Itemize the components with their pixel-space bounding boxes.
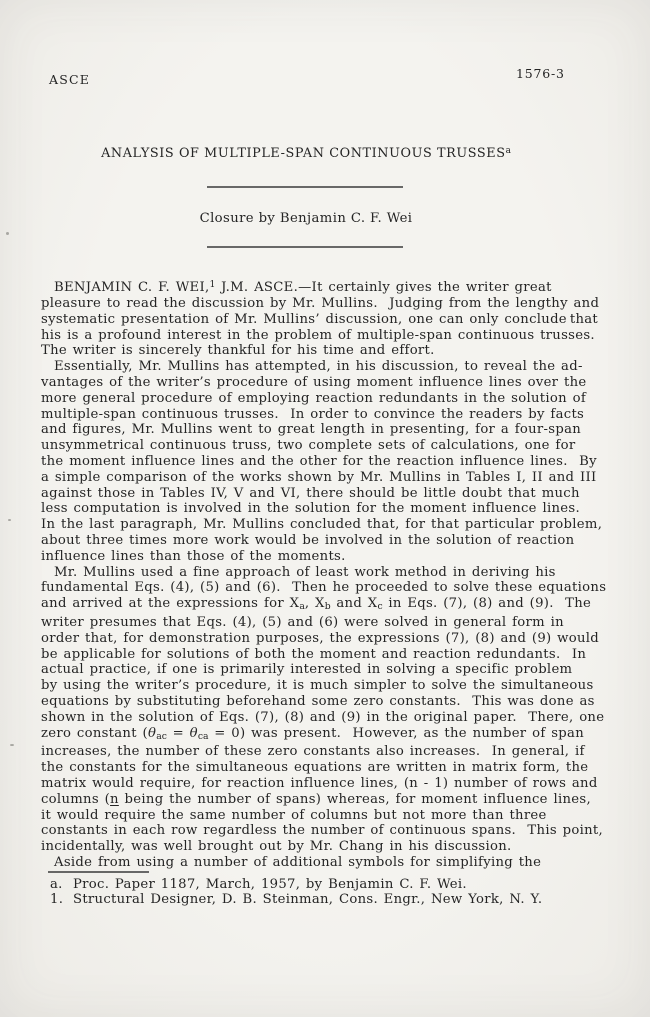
footnote-rule [48, 871, 149, 873]
header-paper-number: 1576-3 [516, 66, 565, 81]
body-line: more general procedure of employing reac… [41, 391, 582, 407]
body-line: be applicable for solutions of both the … [41, 647, 582, 663]
body-line: unsymmetrical continuous truss, two comp… [41, 438, 582, 454]
body-line: about three times more work would be inv… [41, 533, 582, 549]
body-line: against those in Tables IV, V and VI, th… [41, 486, 582, 502]
footnote-text: Structural Designer, D. B. Steinman, Con… [73, 892, 542, 907]
body-line: writer presumes that Eqs. (4), (5) and (… [41, 615, 582, 631]
body-line: vantages of the writer’s procedure of us… [41, 375, 582, 391]
body-line: zero constant (θac = θca = 0) was presen… [41, 726, 582, 745]
paper-title: ANALYSIS OF MULTIPLE-SPAN CONTINUOUS TRU… [0, 146, 612, 161]
body-line: and figures, Mr. Mullins went to great l… [41, 422, 582, 438]
body-line: pleasure to read the discussion by Mr. M… [41, 296, 582, 312]
footnotes: a.Proc. Paper 1187, March, 1957, by Benj… [50, 877, 542, 908]
body-line: Mr. Mullins used a fine approach of leas… [41, 565, 582, 581]
body-line: In the last paragraph, Mr. Mullins concl… [41, 517, 582, 533]
body-line: incidentally, was well brought out by Mr… [41, 839, 582, 855]
body-line: increases, the number of these zero cons… [41, 744, 582, 760]
body-line: equations by substituting beforehand som… [41, 694, 582, 710]
body-lines: BENJAMIN C. F. WEI,1 J.M. ASCE.—It certa… [41, 277, 582, 871]
body-line: Aside from using a number of additional … [41, 855, 582, 871]
footnote-label: 1. [50, 892, 73, 907]
body-line: columns (n being the number of spans) wh… [41, 792, 582, 808]
footnote-text: Proc. Paper 1187, March, 1957, by Benjam… [73, 877, 467, 892]
body-line: influence lines than those of the moment… [41, 549, 582, 565]
body-line: multiple-span continuous trusses. In ord… [41, 407, 582, 423]
body-line: BENJAMIN C. F. WEI,1 J.M. ASCE.—It certa… [41, 277, 582, 296]
footnote-line: 1.Structural Designer, D. B. Steinman, C… [50, 892, 542, 907]
body-line: less computation is involved in the solu… [41, 501, 582, 517]
body-line: the constants for the simultaneous equat… [41, 760, 582, 776]
body-line: by using the writer’s procedure, it is m… [41, 678, 582, 694]
body-line: The writer is sincerely thankful for his… [41, 343, 582, 359]
body-line: his is a profound interest in the proble… [41, 328, 582, 344]
body-line: shown in the solution of Eqs. (7), (8) a… [41, 710, 582, 726]
divider-rule-bottom [207, 246, 403, 248]
body-line: actual practice, if one is primarily int… [41, 662, 582, 678]
body-line: it would require the same number of colu… [41, 808, 582, 824]
body-line: the moment influence lines and the other… [41, 454, 582, 470]
footnote-label: a. [50, 877, 73, 892]
body-line: Essentially, Mr. Mullins has attempted, … [41, 359, 582, 375]
body-line: matrix would require, for reaction influ… [41, 776, 582, 792]
body-line: fundamental Eqs. (4), (5) and (6). Then … [41, 580, 582, 596]
body-line: constants in each row regardless the num… [41, 823, 582, 839]
document-page: ASCE 1576-3 ANALYSIS OF MULTIPLE-SPAN CO… [0, 0, 650, 1017]
closure-byline: Closure by Benjamin C. F. Wei [0, 211, 612, 226]
body-line: systematic presentation of Mr. Mullins’ … [41, 312, 582, 328]
scan-speck [8, 519, 11, 521]
header-journal-abbrev: ASCE [49, 72, 90, 87]
body-line: order that, for demonstration purposes, … [41, 631, 582, 647]
body-line: and arrived at the expressions for Xa, X… [41, 596, 582, 615]
footnote-line: a.Proc. Paper 1187, March, 1957, by Benj… [50, 877, 542, 892]
body-line: a simple comparison of the works shown b… [41, 470, 582, 486]
scan-speck [6, 232, 9, 235]
divider-rule-top [207, 186, 403, 188]
scan-speck [10, 744, 14, 746]
